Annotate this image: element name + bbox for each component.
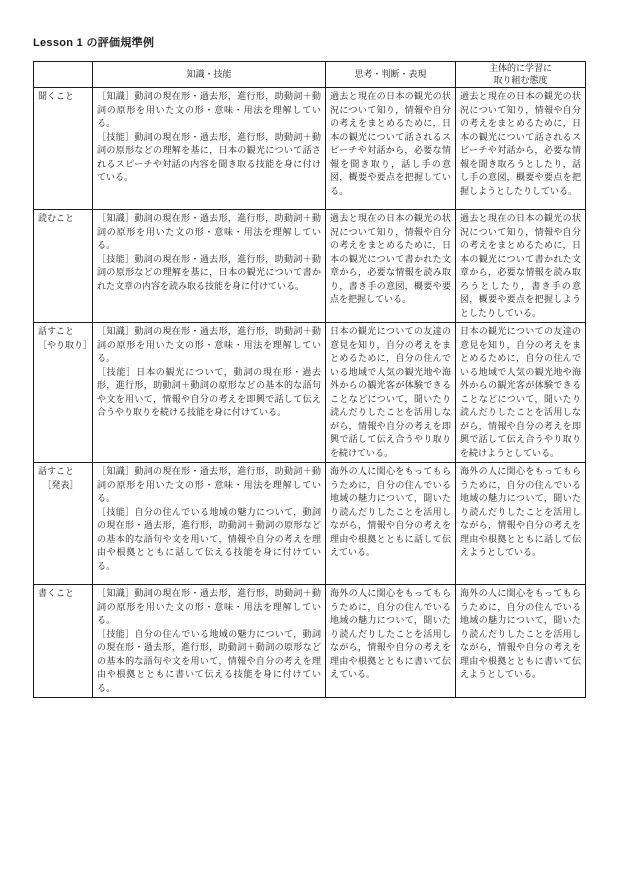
header-attitude: 主体的に学習に 取り組む態度 <box>456 62 586 88</box>
header-knowledge-skills: 知識・技能 <box>93 62 326 88</box>
evaluation-criteria-table: 知識・技能 思考・判断・表現 主体的に学習に 取り組む態度 聞くこと ［知識］動… <box>33 61 586 698</box>
cell-attitude: 過去と現在の日本の観光の状況について知り，情報や自分の考えをまとめるために，日本… <box>456 88 586 210</box>
cell-knowledge-skills: ［知識］動詞の現在形・過去形，進行形，助動詞＋動詞の原形を用いた文の形・意味・用… <box>93 210 326 323</box>
row-label: 話すこと ［やり取り］ <box>34 323 93 463</box>
cell-attitude: 日本の観光についての友達の意見を知り，自分の考えをまとめるために，自分の住んでい… <box>456 323 586 463</box>
table-row-reading: 読むこと ［知識］動詞の現在形・過去形，進行形，助動詞＋動詞の原形を用いた文の形… <box>34 210 586 323</box>
page-title: Lesson 1 の評価規準例 <box>33 34 586 50</box>
cell-thinking-judgment-expression: 過去と現在の日本の観光の状況について知り，情報や自分の考えをまとめるために，日本… <box>326 88 456 210</box>
row-label: 聞くこと <box>34 88 93 210</box>
cell-thinking-judgment-expression: 海外の人に関心をもってもらうために，自分の住んでいる地域の魅力について，聞いたり… <box>326 585 456 698</box>
cell-knowledge-skills: ［知識］動詞の現在形・過去形，進行形，助動詞＋動詞の原形を用いた文の形・意味・用… <box>93 88 326 210</box>
table-row-writing: 書くこと ［知識］動詞の現在形・過去形，進行形，助動詞＋動詞の原形を用いた文の形… <box>34 585 586 698</box>
table-header-row: 知識・技能 思考・判断・表現 主体的に学習に 取り組む態度 <box>34 62 586 88</box>
cell-knowledge-skills: ［知識］動詞の現在形・過去形，進行形，助動詞＋動詞の原形を用いた文の形・意味・用… <box>93 585 326 698</box>
row-label: 書くこと <box>34 585 93 698</box>
cell-attitude: 過去と現在の日本の観光の状況について知り，情報や自分の考えをまとめるために，日本… <box>456 210 586 323</box>
table-row-speaking-interaction: 話すこと ［やり取り］ ［知識］動詞の現在形・過去形，進行形，助動詞＋動詞の原形… <box>34 323 586 463</box>
table-row-listening: 聞くこと ［知識］動詞の現在形・過去形，進行形，助動詞＋動詞の原形を用いた文の形… <box>34 88 586 210</box>
row-label: 読むこと <box>34 210 93 323</box>
cell-knowledge-skills: ［知識］動詞の現在形・過去形，進行形，助動詞＋動詞の原形を用いた文の形・意味・用… <box>93 463 326 585</box>
header-blank <box>34 62 93 88</box>
cell-attitude: 海外の人に関心をもってもらうために，自分の住んでいる地域の魅力について，聞いたり… <box>456 585 586 698</box>
cell-attitude: 海外の人に関心をもってもらうために，自分の住んでいる地域の魅力について，聞いたり… <box>456 463 586 585</box>
cell-thinking-judgment-expression: 過去と現在の日本の観光の状況について知り，情報や自分の考えをまとめるために，日本… <box>326 210 456 323</box>
document-page: Lesson 1 の評価規準例 知識・技能 思考・判断・表現 主体的に学習に 取… <box>0 0 617 873</box>
cell-thinking-judgment-expression: 日本の観光についての友達の意見を知り，自分の考えをまとめるために，自分の住んでい… <box>326 323 456 463</box>
header-thinking-judgment-expression: 思考・判断・表現 <box>326 62 456 88</box>
row-label: 話すこと ［発表］ <box>34 463 93 585</box>
table-row-speaking-presentation: 話すこと ［発表］ ［知識］動詞の現在形・過去形，進行形，助動詞＋動詞の原形を用… <box>34 463 586 585</box>
cell-thinking-judgment-expression: 海外の人に関心をもってもらうために，自分の住んでいる地域の魅力について，聞いたり… <box>326 463 456 585</box>
cell-knowledge-skills: ［知識］動詞の現在形・過去形，進行形，助動詞＋動詞の原形を用いた文の形・意味・用… <box>93 323 326 463</box>
